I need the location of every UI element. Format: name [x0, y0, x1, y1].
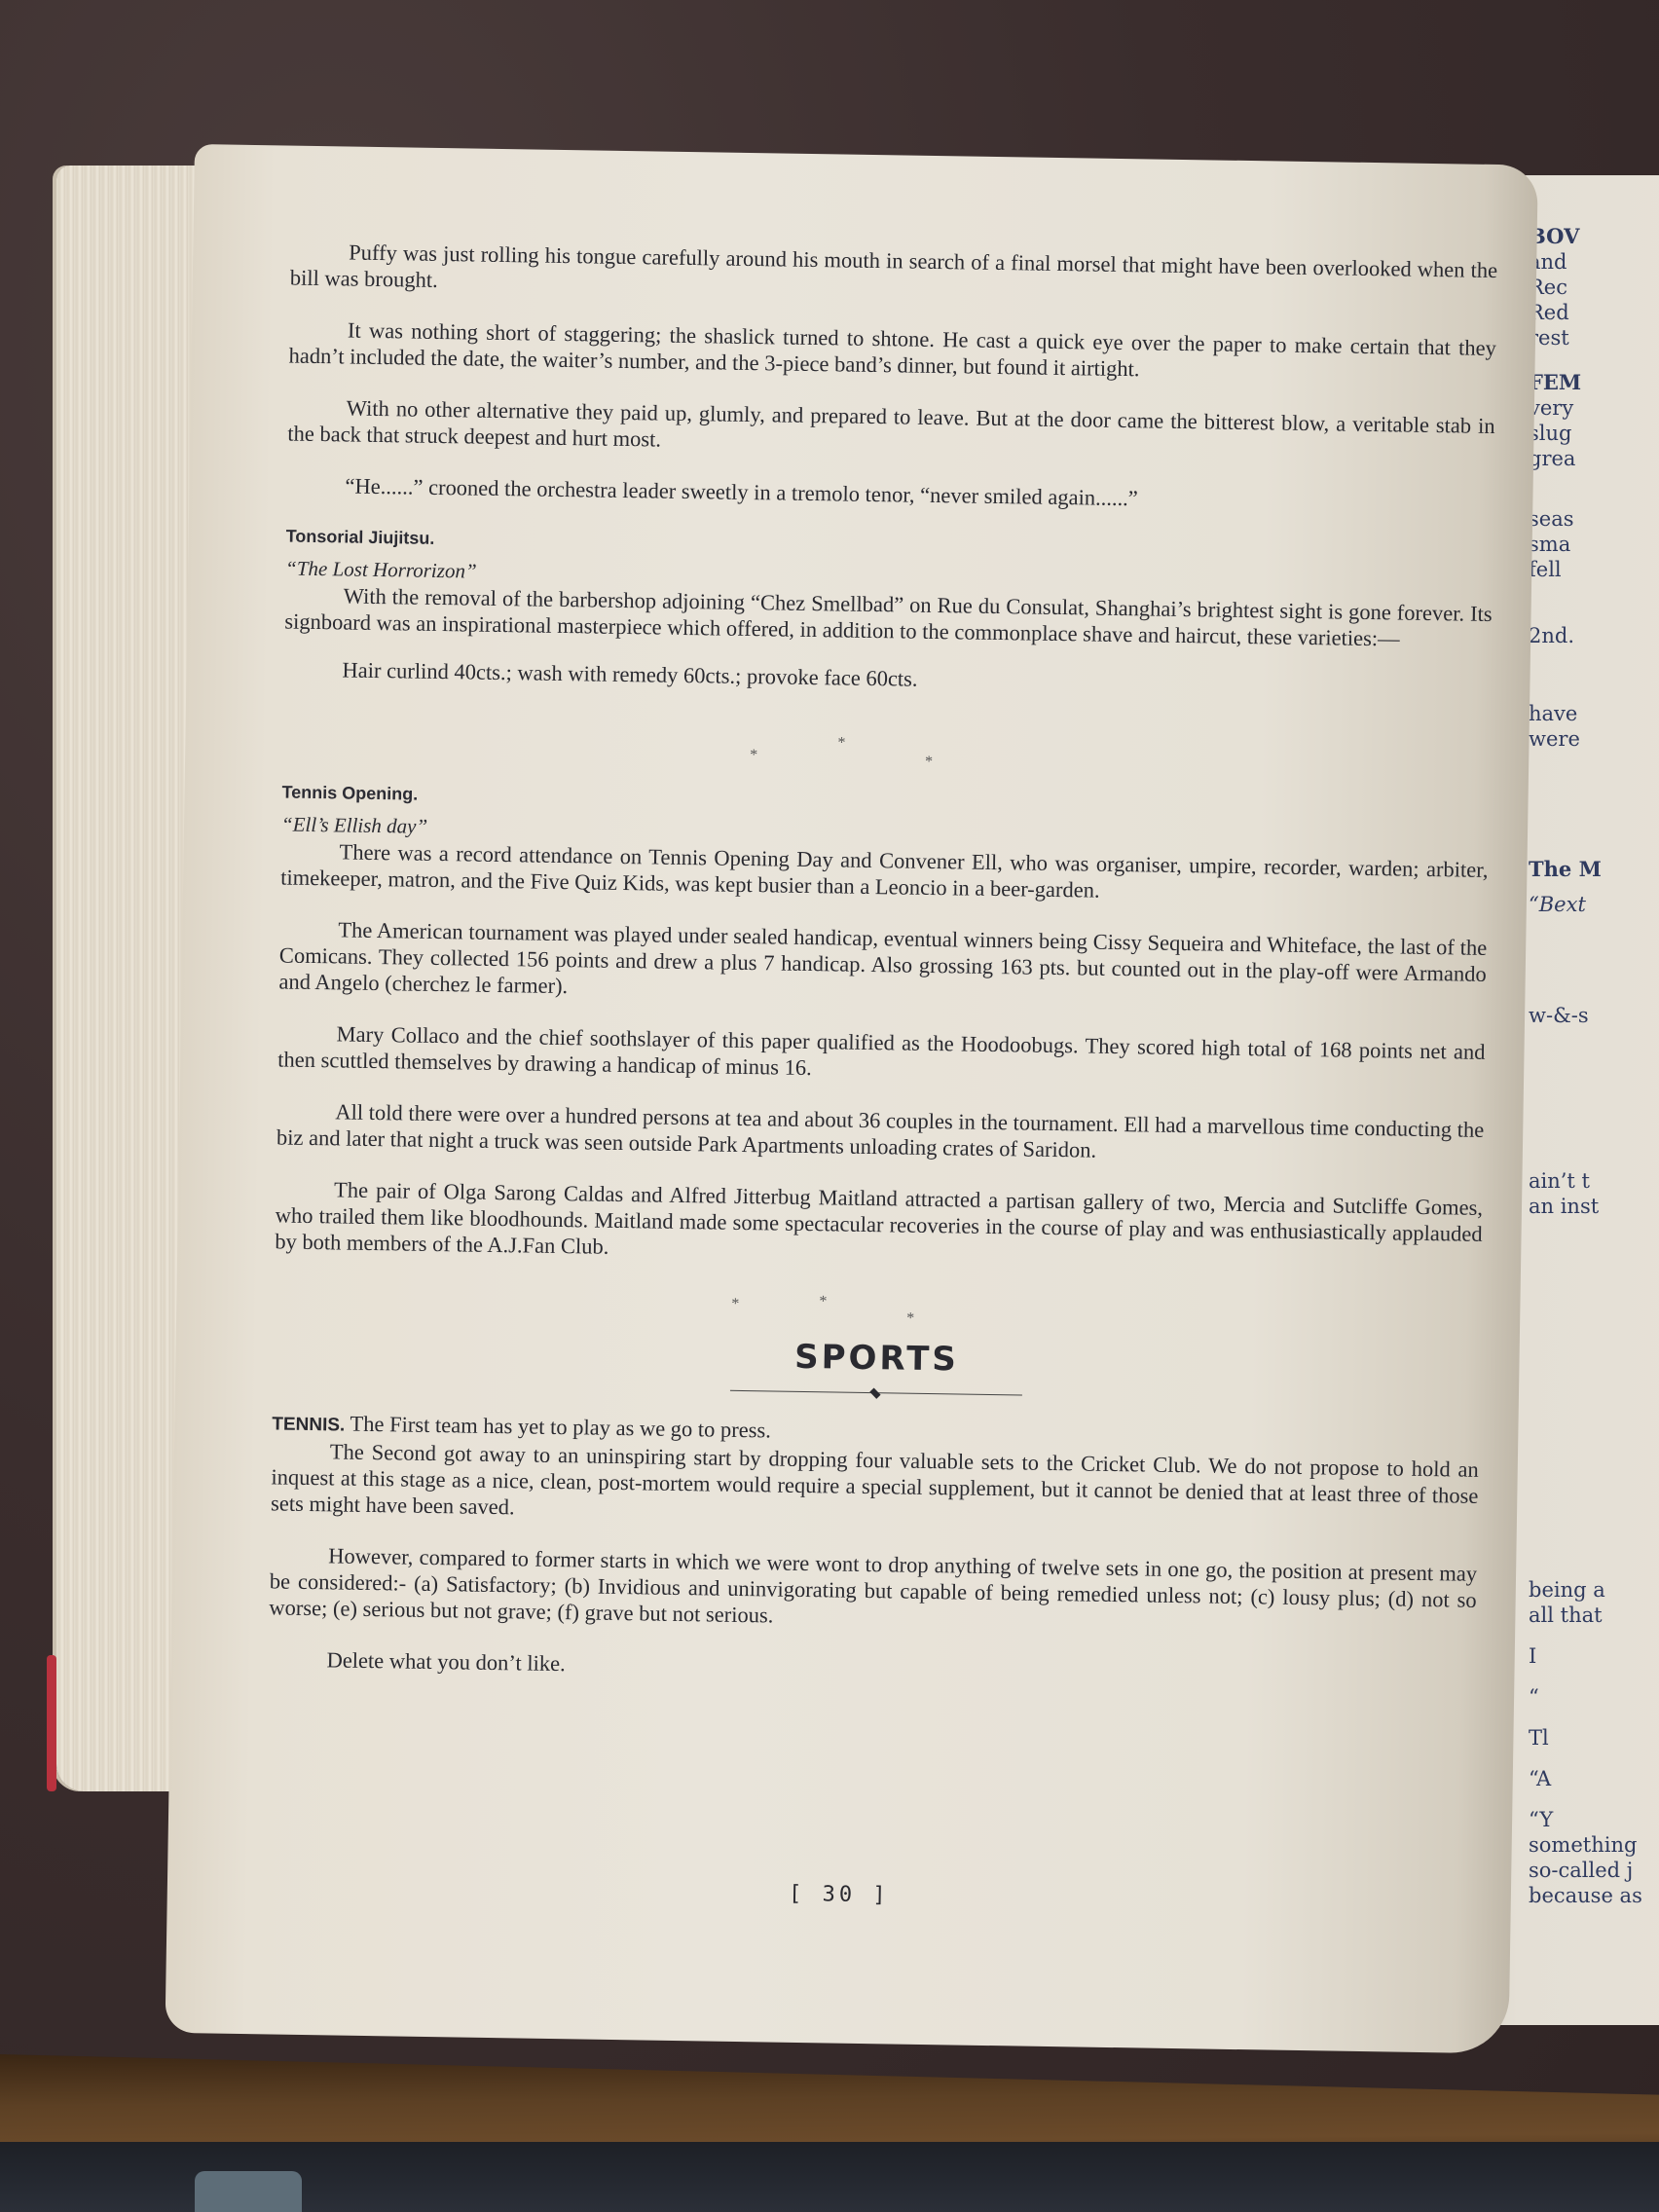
facing-page-fragment: FEM [1529, 370, 1581, 395]
facing-page-fragment: “Y [1529, 1807, 1553, 1832]
facing-page-fragment: seas [1529, 506, 1574, 532]
facing-page-fragment: “A [1529, 1766, 1551, 1791]
price-list-line: Hair curlind 40cts.; wash with remedy 60… [342, 656, 1491, 701]
paragraph: The pair of Olga Sarong Caldas and Alfre… [275, 1175, 1483, 1272]
asterisk-icon: * [750, 742, 757, 768]
facing-page-fragment: fell [1529, 557, 1562, 582]
asterisk-icon: * [925, 749, 933, 775]
facing-page-fragment: slug [1529, 421, 1571, 446]
facing-page-fragment: something [1529, 1832, 1637, 1858]
ornamental-rule [730, 1383, 1022, 1404]
asterisk-icon: * [731, 1291, 739, 1317]
star-separator: * * * [274, 1279, 1481, 1337]
closing-line: Delete what you don’t like. [268, 1645, 1475, 1690]
facing-page-fragment: all that [1529, 1603, 1603, 1628]
facing-page-fragment: “ [1529, 1684, 1539, 1710]
paragraph: It was nothing short of staggering; the … [288, 316, 1496, 387]
tennis-run-in-heading: TENNIS. [272, 1414, 345, 1435]
facing-page-fragment: sma [1529, 532, 1570, 557]
diamond-icon [869, 1387, 880, 1398]
facing-page-fragment: very [1529, 395, 1573, 421]
facing-page-fragment: w-&-s [1529, 1003, 1589, 1028]
sports-title: SPORTS [273, 1336, 1480, 1381]
tennis-first-team-text: The First team has yet to play as we go … [350, 1412, 771, 1443]
paragraph: All told there were over a hundred perso… [276, 1097, 1485, 1168]
facing-page-fragment: so-called j [1529, 1858, 1633, 1883]
paragraph: Mary Collaco and the chief soothslayer o… [277, 1019, 1486, 1090]
red-bookmark-edge [47, 1655, 56, 1791]
facing-page-fragment: grea [1529, 446, 1575, 471]
facing-page-fragment: an inst [1529, 1194, 1599, 1219]
paragraph: Puffy was just rolling his tongue carefu… [290, 239, 1498, 310]
asterisk-icon: * [837, 729, 845, 756]
facing-page-fragment: Tl [1529, 1725, 1549, 1751]
star-separator: * * * [282, 720, 1490, 778]
page-content: Puffy was just rolling his tongue carefu… [268, 239, 1497, 1716]
facing-page-fragment: because as [1529, 1883, 1642, 1908]
quote-paragraph: “He......” crooned the orchestra leader … [286, 472, 1493, 517]
facing-page-fragment: The M [1529, 857, 1602, 882]
paragraph: However, compared to former starts in wh… [269, 1541, 1477, 1639]
asterisk-icon: * [906, 1306, 914, 1332]
paragraph: The American tournament was played under… [278, 915, 1487, 1013]
facing-page-fragment: ain’t t [1529, 1168, 1590, 1194]
book-page: Puffy was just rolling his tongue carefu… [166, 144, 1538, 2053]
facing-page-fragment: I [1529, 1643, 1536, 1669]
facing-page-fragment: have [1529, 701, 1577, 726]
asterisk-icon: * [819, 1288, 827, 1314]
floor-object [195, 2171, 302, 2212]
facing-page-fragment: “Bext [1529, 892, 1586, 917]
facing-page-fragment: were [1529, 726, 1580, 752]
facing-page-fragment: 2nd. [1529, 623, 1574, 648]
page-number: [ 30 ] [167, 1872, 1511, 1918]
facing-page-fragment: being a [1529, 1577, 1605, 1603]
paragraph: With no other alternative they paid up, … [287, 394, 1495, 465]
